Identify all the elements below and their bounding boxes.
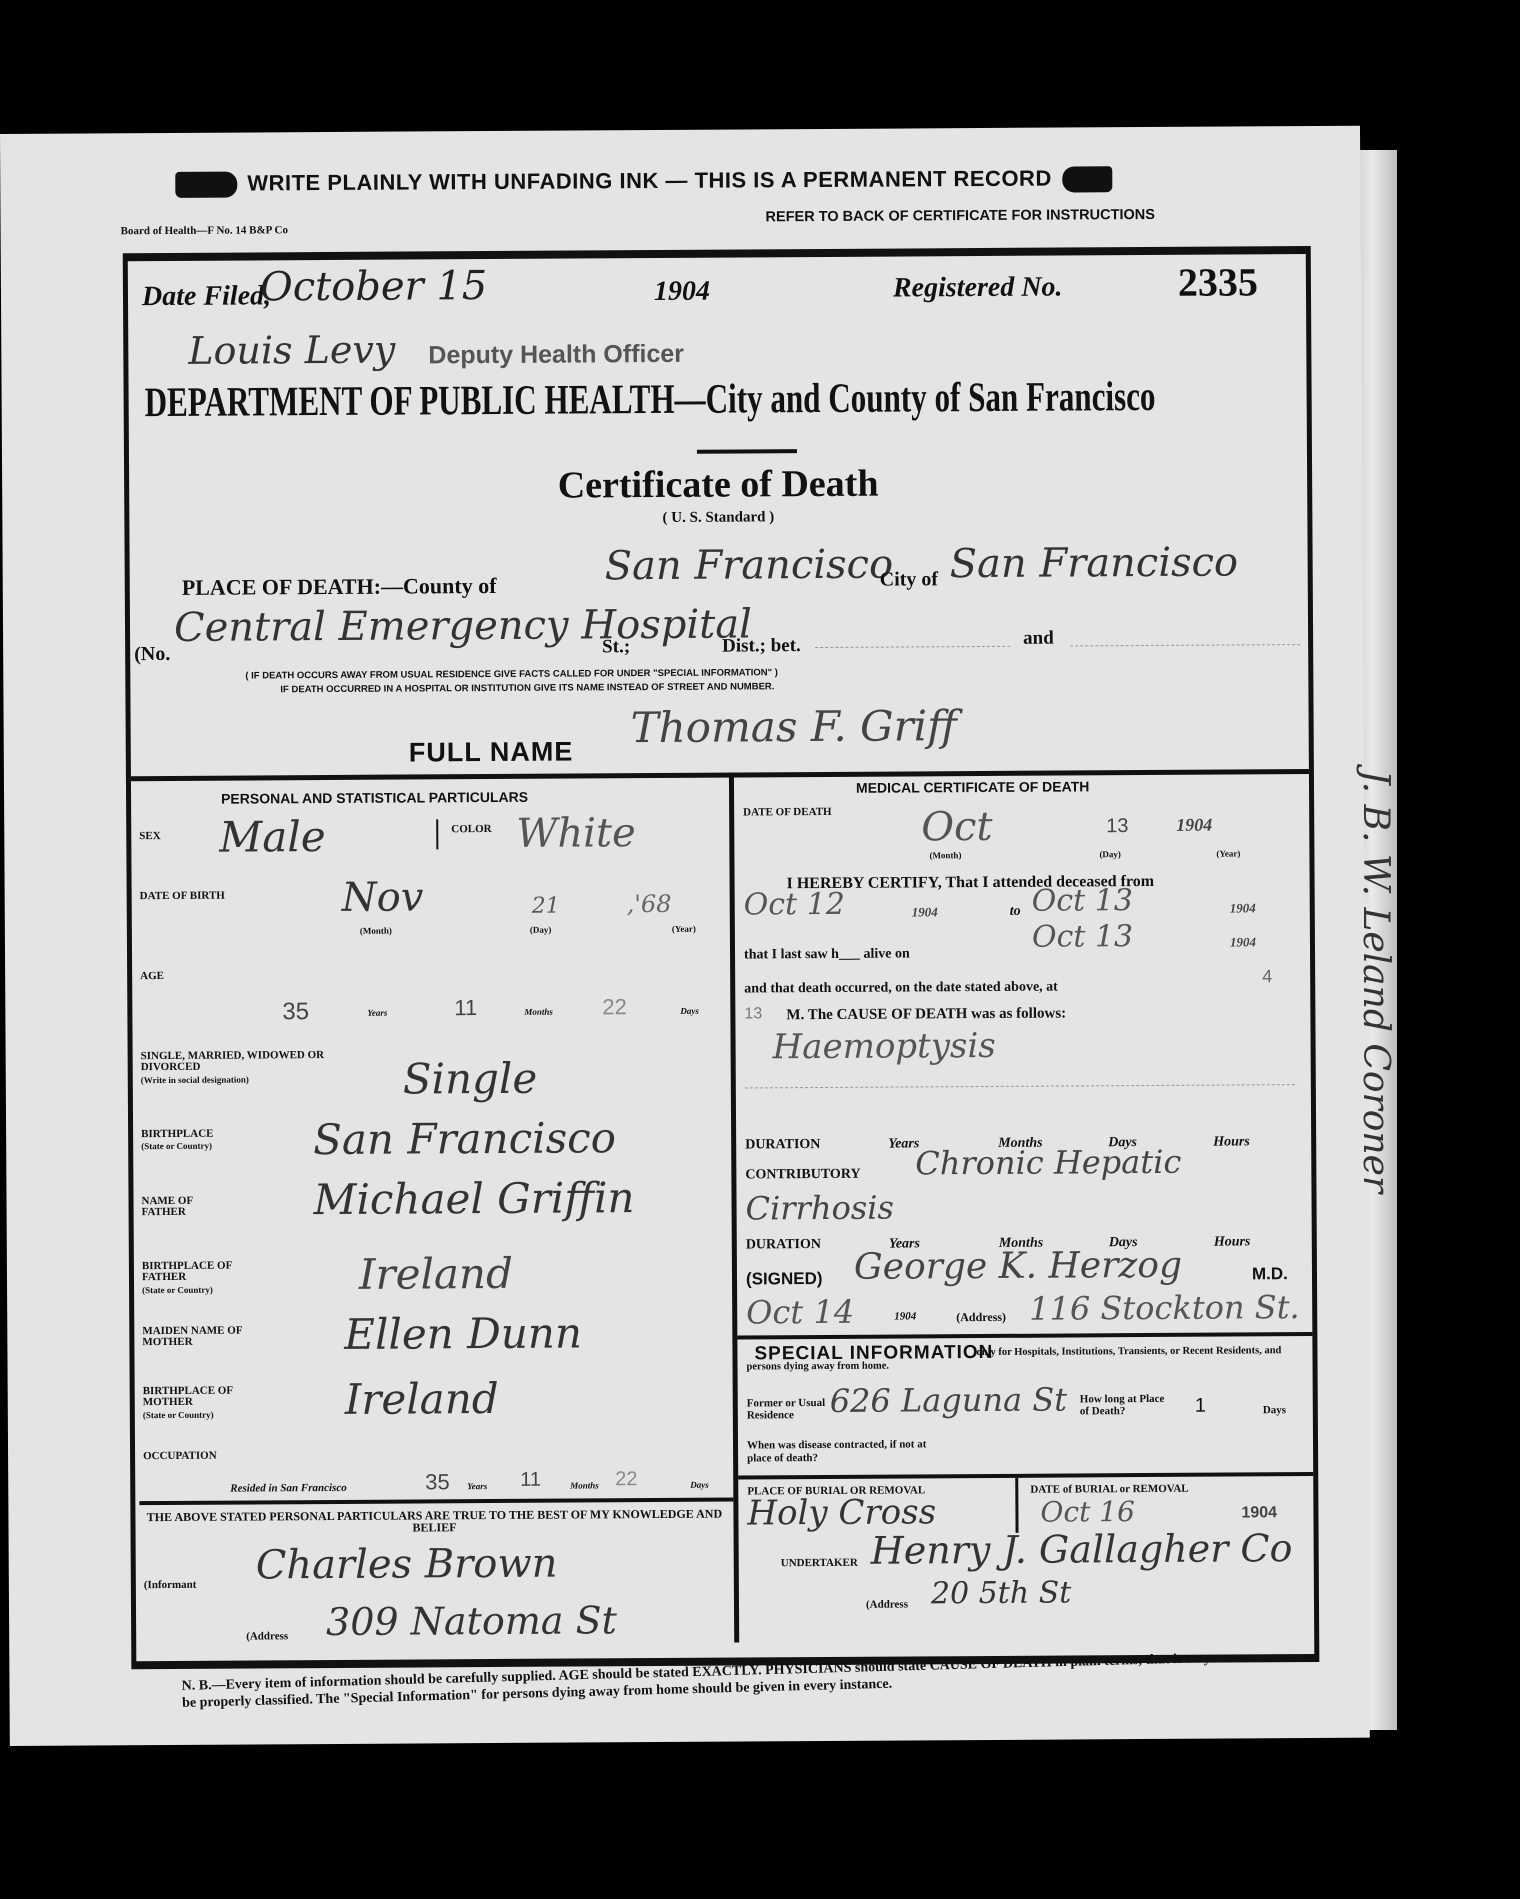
attended-from: Oct 12 (744, 887, 845, 923)
attended-to-year: 1904 (1230, 900, 1256, 916)
pointing-hand-icon (175, 172, 237, 198)
burial-date-value: Oct 16 (1040, 1495, 1135, 1529)
special-divider (737, 1332, 1312, 1340)
residence-label: Former or Usual Residence (747, 1397, 827, 1421)
occupation-label: OCCUPATION (143, 1451, 217, 1462)
full-name-label: FULL NAME (409, 737, 574, 769)
resided-days: 22 (615, 1468, 637, 1491)
dist-field[interactable] (815, 646, 1010, 648)
occurred-text: and that death occurred, on the date sta… (744, 980, 1058, 998)
and-label: and (1023, 628, 1054, 650)
burial-divider (738, 1472, 1313, 1480)
registered-label: Registered No. (893, 272, 1063, 305)
informant-divider (139, 1498, 733, 1506)
burial-place-value: Holy Cross (747, 1492, 936, 1533)
dod-label: DATE OF DEATH (743, 807, 831, 819)
dod-day-caption: (Day) (1099, 849, 1121, 859)
place-note-1: ( IF DEATH OCCURS AWAY FROM USUAL RESIDE… (245, 667, 778, 681)
birthplace-label: BIRTHPLACE (141, 1129, 213, 1140)
age-months-caption: Months (524, 1007, 553, 1017)
signed-label: (SIGNED) (746, 1269, 823, 1289)
mother-birthplace-note: (State or Country) (143, 1410, 214, 1420)
burial-year: 1904 (1241, 1504, 1277, 1522)
cause-field-line (745, 1084, 1295, 1088)
time-hour: 4 (1262, 966, 1272, 987)
personal-heading: PERSONAL AND STATISTICAL PARTICULARS (221, 789, 528, 807)
burial-column-divider (1015, 1478, 1018, 1533)
dob-year: ,'68 (627, 890, 672, 918)
undertaker-address: 20 5th St (931, 1575, 1072, 1611)
dod-day: 13 (1106, 815, 1128, 838)
dob-year-caption: (Year) (672, 924, 696, 934)
death-certificate: WRITE PLAINLY WITH UNFADING INK — THIS I… (0, 126, 1370, 1746)
duration-hours-2: Hours (1214, 1234, 1251, 1250)
resided-years: 35 (425, 1469, 450, 1495)
dob-label: DATE OF BIRTH (140, 891, 225, 903)
birthplace-value: San Francisco (313, 1113, 616, 1164)
last-saw-label: that I last saw h___ alive on (744, 946, 910, 963)
mother-label: MAIDEN NAME OF MOTHER (142, 1325, 282, 1348)
dod-year: 1904 (1176, 815, 1212, 836)
residence-value: 626 Laguna St (830, 1381, 1068, 1420)
age-years-caption: Years (367, 1008, 387, 1018)
undertaker-value: Henry J. Gallagher Co (871, 1526, 1293, 1573)
md-label: M.D. (1252, 1264, 1288, 1284)
refer-instructions: REFER TO BACK OF CERTIFICATE FOR INSTRUC… (765, 207, 1154, 225)
st-label: St.; (602, 636, 630, 658)
sex-color-divider (436, 819, 438, 849)
color-label: COLOR (451, 824, 491, 835)
cause-text: M. The CAUSE OF DEATH was as follows: (786, 1006, 1066, 1025)
mother-birthplace-value: Ireland (345, 1374, 499, 1424)
certificate-title: Certificate of Death (129, 459, 1307, 510)
coroner-margin-note: J. B. W. Leland Coroner (1355, 770, 1396, 1193)
color-value: White (516, 810, 636, 857)
registered-number: 2335 (1178, 258, 1258, 305)
attended-to: Oct 13 (1032, 883, 1133, 919)
date-filed-label: Date Filed, (142, 280, 271, 313)
department-title: DEPARTMENT OF PUBLIC HEALTH—City and Cou… (145, 372, 1255, 427)
dist-label: Dist.; bet. (722, 635, 801, 657)
father-value: Michael Griffin (313, 1173, 634, 1224)
mother-birthplace-label: BIRTHPLACE OF MOTHER (143, 1385, 263, 1408)
informant-address: 309 Natoma St (326, 1598, 617, 1644)
pointing-hand-icon (1062, 166, 1112, 192)
dod-month: Oct (921, 804, 993, 850)
dob-month-caption: (Month) (360, 926, 392, 936)
special-heading-note: only for Hospitals, Institutions, Transi… (746, 1344, 1301, 1373)
birthplace-note: (State or Country) (141, 1141, 212, 1151)
resided-days-caption: Days (690, 1480, 709, 1490)
cause-value: Haemoptysis (772, 1026, 995, 1067)
signed-year: 1904 (894, 1310, 916, 1322)
father-birthplace-label: BIRTHPLACE OF FATHER (142, 1260, 262, 1283)
how-long-label: How long at Place of Death? (1080, 1393, 1170, 1418)
section-divider (131, 769, 1309, 781)
mother-value: Ellen Dunn (344, 1308, 582, 1358)
how-long-value: 1 (1195, 1395, 1206, 1418)
resided-label: Resided in San Francisco (230, 1482, 347, 1495)
officer-title: Deputy Health Officer (428, 340, 684, 371)
dob-day: 21 (532, 894, 560, 919)
last-saw-value: Oct 13 (1032, 919, 1133, 955)
city-value: San Francisco (950, 539, 1239, 587)
date-filed-value: October 15 (260, 263, 488, 310)
dod-month-caption: (Month) (929, 850, 961, 860)
burial-date-label: DATE of BURIAL or REMOVAL (1030, 1483, 1188, 1496)
street-no-label: (No. (134, 643, 170, 666)
to-label: to (1010, 904, 1021, 920)
last-saw-year: 1904 (1230, 934, 1256, 950)
father-birthplace-note: (State or Country) (142, 1285, 213, 1295)
informant-name: Charles Brown (256, 1541, 558, 1589)
age-years: 35 (282, 998, 309, 1026)
dob-month: Nov (342, 874, 424, 920)
age-months: 11 (454, 995, 477, 1021)
age-label: AGE (140, 971, 164, 982)
physician-address-label: (Address) (956, 1310, 1006, 1325)
permanent-record-banner: WRITE PLAINLY WITH UNFADING INK — THIS I… (175, 165, 1112, 198)
physician-address: 116 Stockton St. (1029, 1288, 1300, 1328)
full-name-value: Thomas F. Griff (630, 701, 957, 752)
contributory-value: Chronic Hepatic Cirrhosis (745, 1139, 1286, 1230)
place-note-2: IF DEATH OCCURRED IN A HOSPITAL OR INSTI… (280, 681, 774, 695)
resided-months: 11 (520, 1469, 541, 1492)
attended-from-year: 1904 (912, 904, 938, 920)
undertaker-address-label: (Address (866, 1598, 908, 1610)
dod-year-caption: (Year) (1216, 848, 1240, 858)
county-value: San Francisco (605, 542, 894, 590)
place-of-death-label: PLACE OF DEATH:—County of (182, 573, 497, 601)
physician-signature: George K. Herzog (854, 1245, 1182, 1288)
city-label: City of (880, 568, 938, 591)
contracted-label: When was disease contracted, if not at p… (747, 1438, 937, 1465)
signed-date: Oct 14 (746, 1293, 854, 1332)
informant-label: (Informant (144, 1579, 197, 1591)
certificate-frame: Date Filed, October 15 1904 Registered N… (123, 246, 1320, 1669)
sex-label: SEX (139, 831, 160, 842)
informant-statement: THE ABOVE STATED PERSONAL PARTICULARS AR… (139, 1508, 729, 1536)
sex-value: Male (219, 812, 326, 862)
how-long-days: Days (1263, 1404, 1286, 1416)
marital-label: SINGLE, MARRIED, WIDOWED OR DIVORCED (141, 1050, 341, 1073)
duration-label-2: DURATION (746, 1237, 821, 1253)
undertaker-label: UNDERTAKER (781, 1557, 858, 1569)
father-label: NAME OF FATHER (141, 1196, 231, 1219)
marital-note: (Write in social designation) (141, 1074, 249, 1085)
age-days-caption: Days (680, 1006, 699, 1016)
us-standard: ( U. S. Standard ) (129, 506, 1307, 530)
date-filed-year: 1904 (654, 276, 710, 308)
marital-value: Single (403, 1054, 538, 1104)
officer-signature: Louis Levy (188, 328, 395, 373)
and-field[interactable] (1070, 644, 1300, 646)
father-birthplace-value: Ireland (359, 1249, 513, 1299)
medical-heading: MEDICAL CERTIFICATE OF DEATH (856, 778, 1089, 795)
street-value: Central Emergency Hospital (174, 601, 752, 651)
informant-address-label: (Address (246, 1630, 288, 1642)
resided-months-caption: Months (570, 1480, 599, 1490)
dob-day-caption: (Day) (530, 925, 552, 935)
resided-years-caption: Years (467, 1481, 487, 1491)
column-divider (729, 773, 739, 1643)
title-divider (697, 449, 797, 454)
time-minute: 13 (744, 1005, 762, 1023)
age-days: 22 (602, 994, 627, 1020)
form-id: Board of Health—F No. 14 B&P Co (121, 224, 288, 237)
